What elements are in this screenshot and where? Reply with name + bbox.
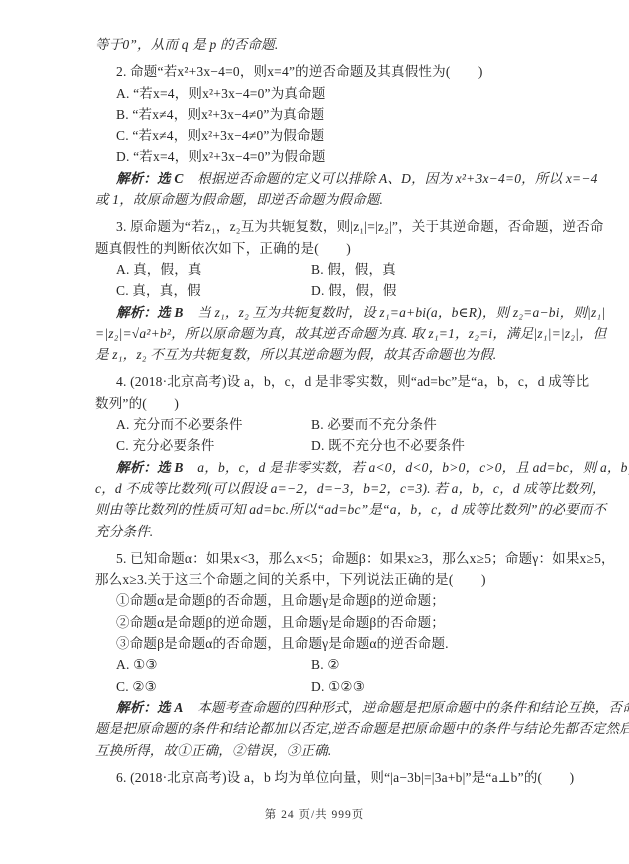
text-line: 互换所得，故①正确，②错误，③正确. bbox=[95, 740, 537, 761]
analysis-text: 根据逆否命题的定义可以排除 A、D，因为 x²+3x−4=0，所以 x=−4 bbox=[184, 171, 598, 186]
analysis-text: 本题考查命题的四种形式，逆命题是把原命题中的条件和结论互换，否命 bbox=[184, 700, 629, 715]
text-line: 3. 原命题为“若z₁，z₂互为共轭复数，则|z₁|=|z₂|”，关于其逆命题，… bbox=[95, 216, 537, 237]
option-text: B. 假，假，真 bbox=[311, 259, 396, 280]
option-text: D. 假，假，假 bbox=[311, 280, 397, 301]
analysis-label: 解析：选 C bbox=[116, 171, 184, 186]
document-body: 等于0”，从而 q 是 p 的否命题.2. 命题“若x²+3x−4=0，则x=4… bbox=[95, 34, 537, 788]
text-line: 解析：选 A 本题考查命题的四种形式，逆命题是把原命题中的条件和结论互换，否命 bbox=[95, 697, 537, 718]
text-line: c，d 不成等比数列(可以假设 a=−2，d=−3，b=2，c=3). 若 a，… bbox=[95, 478, 537, 499]
analysis-label: 解析：选 B bbox=[116, 305, 184, 320]
document-page: 等于0”，从而 q 是 p 的否命题.2. 命题“若x²+3x−4=0，则x=4… bbox=[0, 0, 629, 864]
option-text: A. ①③ bbox=[116, 654, 311, 675]
option-text: C. ②③ bbox=[116, 676, 311, 697]
text-line: 题真假性的判断依次如下，正确的是( ) bbox=[95, 238, 537, 259]
text-line: A. ①③B. ② bbox=[95, 654, 537, 675]
text-line: 2. 命题“若x²+3x−4=0，则x=4”的逆否命题及其真假性为( ) bbox=[95, 61, 537, 82]
text-line: C. 真，真，假D. 假，假，假 bbox=[95, 280, 537, 301]
option-text: A. 充分而不必要条件 bbox=[116, 414, 311, 435]
option-text: C. 真，真，假 bbox=[116, 280, 311, 301]
text-line: ③命题β是命题α的否命题，且命题γ是命题α的逆否命题. bbox=[95, 633, 537, 654]
text-line: 题是把原命题的条件和结论都加以否定,逆否命题是把原命题中的条件与结论先都否定然后 bbox=[95, 718, 537, 739]
page-footer: 第 24 页/共 999页 bbox=[0, 806, 629, 822]
text-line: C. ②③D. ①②③ bbox=[95, 676, 537, 697]
text-line: ②命题α是命题β的逆命题，且命题γ是命题β的否命题； bbox=[95, 612, 537, 633]
text-line: 那么x≥3.关于这三个命题之间的关系中，下列说法正确的是( ) bbox=[95, 569, 537, 590]
option-text: B. ② bbox=[311, 654, 340, 675]
text-line: 充分条件. bbox=[95, 521, 537, 542]
text-line: A. 充分而不必要条件B. 必要而不充分条件 bbox=[95, 414, 537, 435]
text-line: 解析：选 C 根据逆否命题的定义可以排除 A、D，因为 x²+3x−4=0，所以… bbox=[95, 168, 537, 189]
text-line: 6. (2018·北京高考)设 a，b 均为单位向量，则“|a−3b|=|3a+… bbox=[95, 767, 537, 788]
text-line: 或 1，故原命题为假命题，即逆否命题为假命题. bbox=[95, 189, 537, 210]
text-line: 解析：选 B 当 z₁，z₂ 互为共轭复数时，设 z₁=a+bi(a，b∈R)，… bbox=[95, 302, 537, 323]
text-line: 等于0”，从而 q 是 p 的否命题. bbox=[95, 34, 537, 55]
text-line: =|z₂|=√a²+b²，所以原命题为真，故其逆否命题为真. 取 z₁=1，z₂… bbox=[95, 323, 537, 344]
text-line: A. 真，假，真B. 假，假，真 bbox=[95, 259, 537, 280]
text-line: 5. 已知命题α：如果x<3，那么x<5；命题β：如果x≥3，那么x≥5；命题γ… bbox=[95, 548, 537, 569]
option-text: D. ①②③ bbox=[311, 676, 365, 697]
text-line: 是 z₁，z₂ 不互为共轭复数，所以其逆命题为假，故其否命题也为假. bbox=[95, 344, 537, 365]
analysis-label: 解析：选 A bbox=[116, 700, 184, 715]
text-line: C. 充分必要条件D. 既不充分也不必要条件 bbox=[95, 435, 537, 456]
text-line: ①命题α是命题β的否命题，且命题γ是命题β的逆命题； bbox=[95, 590, 537, 611]
text-line: B. “若x≠4，则x²+3x−4≠0”为真命题 bbox=[95, 104, 537, 125]
text-line: 解析：选 B a，b，c，d 是非零实数，若 a<0，d<0，b>0，c>0，且… bbox=[95, 457, 537, 478]
option-text: A. 真，假，真 bbox=[116, 259, 311, 280]
text-line: C. “若x≠4，则x²+3x−4≠0”为假命题 bbox=[95, 125, 537, 146]
text-line: D. “若x=4，则x²+3x−4=0”为假命题 bbox=[95, 146, 537, 167]
analysis-label: 解析：选 B bbox=[116, 460, 184, 475]
text-line: 则由等比数列的性质可知 ad=bc.所以“ad=bc”是“a，b，c，d 成等比… bbox=[95, 499, 537, 520]
analysis-text: a，b，c，d 是非零实数，若 a<0，d<0，b>0，c>0，且 ad=bc，… bbox=[184, 460, 629, 475]
text-line: A. “若x=4，则x²+3x−4=0”为真命题 bbox=[95, 83, 537, 104]
text-line: 4. (2018·北京高考)设 a，b，c，d 是非零实数，则“ad=bc”是“… bbox=[95, 371, 537, 392]
option-text: D. 既不充分也不必要条件 bbox=[311, 435, 465, 456]
analysis-text: 当 z₁，z₂ 互为共轭复数时，设 z₁=a+bi(a，b∈R)，则 z₂=a−… bbox=[184, 305, 606, 320]
option-text: C. 充分必要条件 bbox=[116, 435, 311, 456]
text-line: 数列”的( ) bbox=[95, 393, 537, 414]
option-text: B. 必要而不充分条件 bbox=[311, 414, 437, 435]
